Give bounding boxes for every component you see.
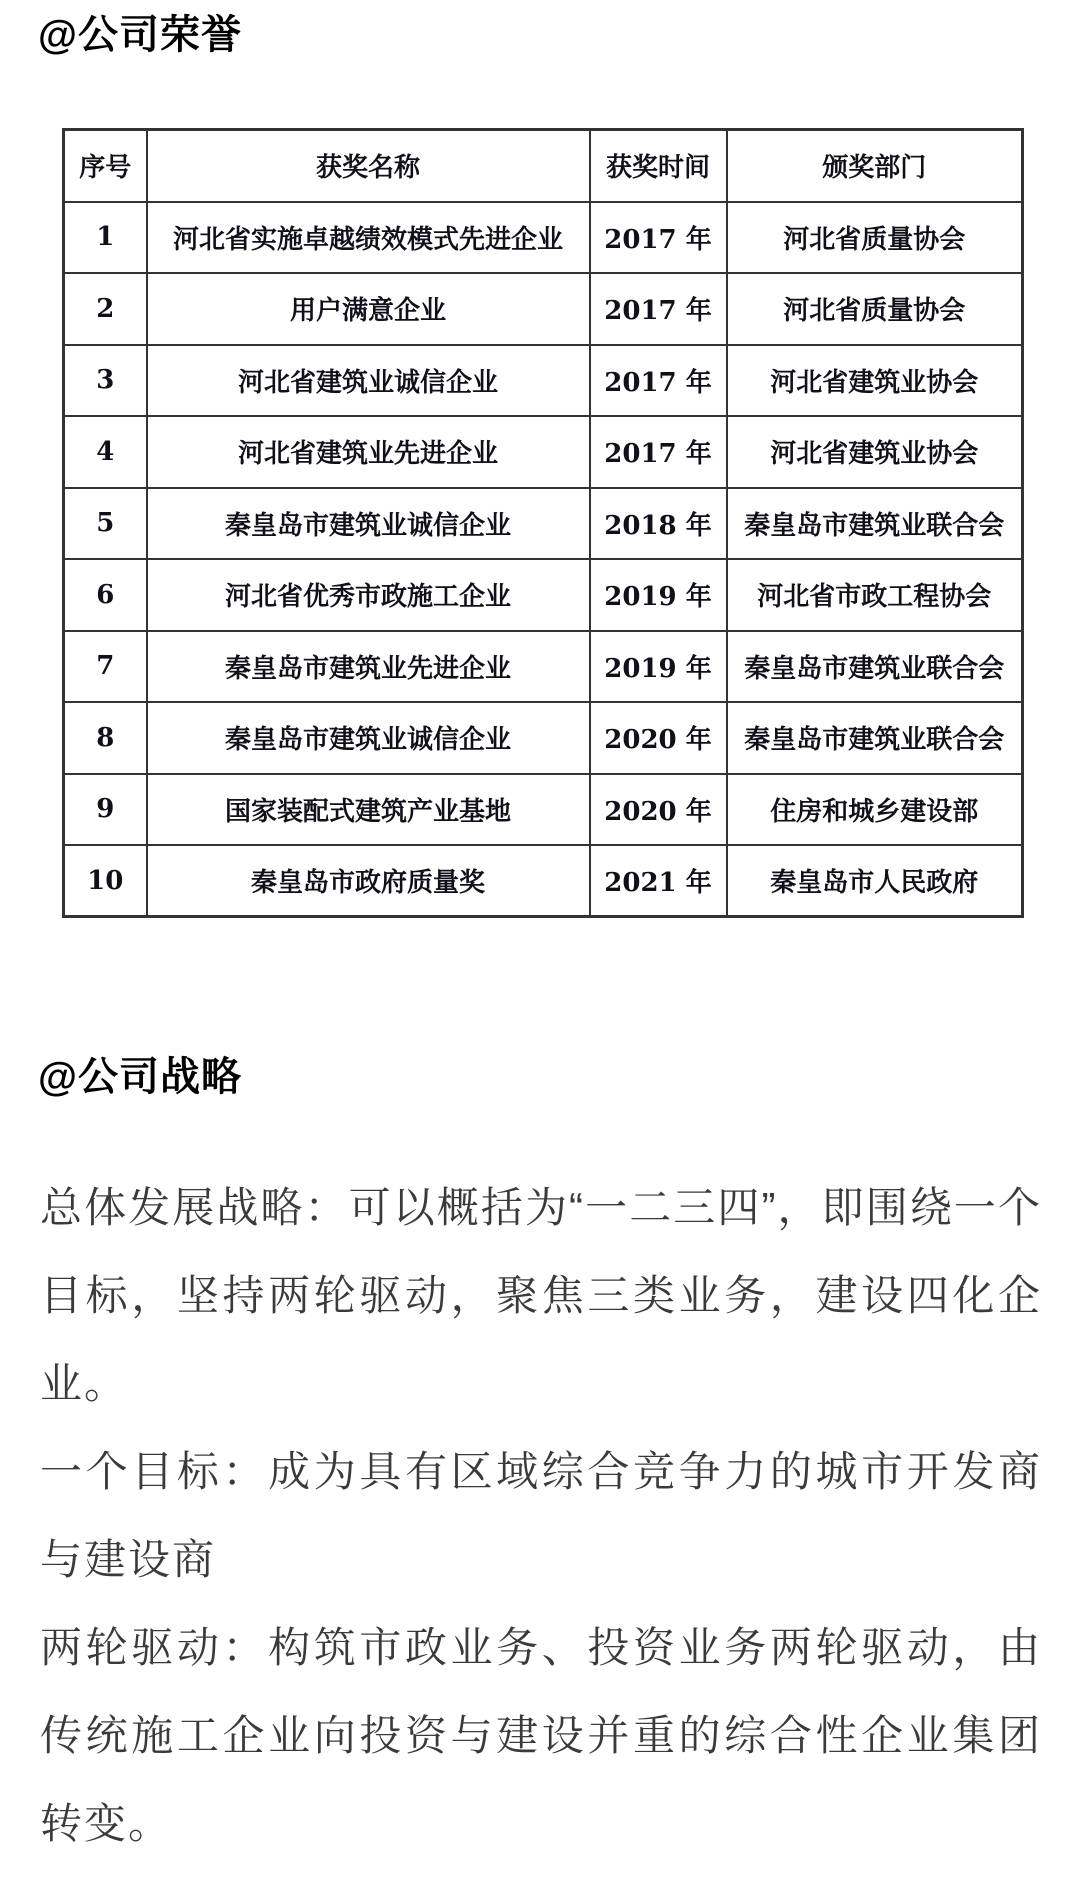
cell-index: 10	[64, 845, 147, 917]
strategy-paragraph-overall: 总体发展战略：可以概括为“一二三四”，即围绕一个目标，坚持两轮驱动，聚焦三类业务…	[40, 1164, 1042, 1428]
column-header-index: 序号	[64, 130, 147, 202]
cell-award-department: 河北省市政工程协会	[727, 559, 1023, 631]
cell-index: 2	[64, 273, 147, 345]
cell-award-time: 2020 年	[590, 774, 727, 846]
table-row: 6 河北省优秀市政施工企业 2019 年 河北省市政工程协会	[64, 559, 1023, 631]
column-header-award-time: 获奖时间	[590, 130, 727, 202]
table-row: 5 秦皇岛市建筑业诚信企业 2018 年 秦皇岛市建筑业联合会	[64, 488, 1023, 560]
strategy-text-block: 总体发展战略：可以概括为“一二三四”，即围绕一个目标，坚持两轮驱动，聚焦三类业务…	[40, 1164, 1042, 1868]
cell-award-name: 河北省实施卓越绩效模式先进企业	[147, 202, 590, 274]
cell-index: 1	[64, 202, 147, 274]
table-row: 10 秦皇岛市政府质量奖 2021 年 秦皇岛市人民政府	[64, 845, 1023, 917]
cell-award-time: 2020 年	[590, 702, 727, 774]
cell-award-name: 秦皇岛市政府质量奖	[147, 845, 590, 917]
cell-award-time: 2017 年	[590, 273, 727, 345]
cell-award-time: 2018 年	[590, 488, 727, 560]
cell-award-name: 河北省建筑业诚信企业	[147, 345, 590, 417]
cell-award-name: 河北省优秀市政施工企业	[147, 559, 590, 631]
cell-index: 5	[64, 488, 147, 560]
table-header-row: 序号 获奖名称 获奖时间 颁奖部门	[64, 130, 1023, 202]
cell-index: 3	[64, 345, 147, 417]
cell-award-department: 秦皇岛市人民政府	[727, 845, 1023, 917]
cell-award-name: 秦皇岛市建筑业诚信企业	[147, 702, 590, 774]
cell-award-time: 2017 年	[590, 416, 727, 488]
cell-award-department: 秦皇岛市建筑业联合会	[727, 631, 1023, 703]
honors-table-body: 1 河北省实施卓越绩效模式先进企业 2017 年 河北省质量协会 2 用户满意企…	[64, 202, 1023, 917]
cell-index: 6	[64, 559, 147, 631]
cell-index: 9	[64, 774, 147, 846]
strategy-paragraph-one-goal: 一个目标：成为具有区域综合竞争力的城市开发商与建设商	[40, 1428, 1042, 1604]
table-row: 8 秦皇岛市建筑业诚信企业 2020 年 秦皇岛市建筑业联合会	[64, 702, 1023, 774]
table-row: 9 国家装配式建筑产业基地 2020 年 住房和城乡建设部	[64, 774, 1023, 846]
cell-award-time: 2019 年	[590, 631, 727, 703]
honors-table: 序号 获奖名称 获奖时间 颁奖部门 1 河北省实施卓越绩效模式先进企业 2017…	[62, 128, 1024, 918]
cell-award-department: 秦皇岛市建筑业联合会	[727, 702, 1023, 774]
cell-award-department: 河北省建筑业协会	[727, 345, 1023, 417]
cell-index: 7	[64, 631, 147, 703]
cell-award-department: 住房和城乡建设部	[727, 774, 1023, 846]
column-header-award-department: 颁奖部门	[727, 130, 1023, 202]
cell-index: 4	[64, 416, 147, 488]
table-row: 3 河北省建筑业诚信企业 2017 年 河北省建筑业协会	[64, 345, 1023, 417]
cell-award-department: 河北省质量协会	[727, 273, 1023, 345]
table-row: 1 河北省实施卓越绩效模式先进企业 2017 年 河北省质量协会	[64, 202, 1023, 274]
cell-award-name: 用户满意企业	[147, 273, 590, 345]
section-title-company-honors: @公司荣誉	[38, 12, 242, 58]
document-page: { "page": { "section1_title": "@公司荣誉", "…	[0, 0, 1080, 1891]
table-row: 7 秦皇岛市建筑业先进企业 2019 年 秦皇岛市建筑业联合会	[64, 631, 1023, 703]
cell-award-time: 2017 年	[590, 202, 727, 274]
cell-index: 8	[64, 702, 147, 774]
column-header-award-name: 获奖名称	[147, 130, 590, 202]
cell-award-name: 国家装配式建筑产业基地	[147, 774, 590, 846]
strategy-paragraph-two-drivers: 两轮驱动：构筑市政业务、投资业务两轮驱动，由传统施工企业向投资与建设并重的综合性…	[40, 1604, 1042, 1868]
cell-award-department: 河北省质量协会	[727, 202, 1023, 274]
cell-award-name: 秦皇岛市建筑业诚信企业	[147, 488, 590, 560]
cell-award-time: 2019 年	[590, 559, 727, 631]
table-row: 2 用户满意企业 2017 年 河北省质量协会	[64, 273, 1023, 345]
cell-award-department: 河北省建筑业协会	[727, 416, 1023, 488]
cell-award-time: 2017 年	[590, 345, 727, 417]
cell-award-name: 秦皇岛市建筑业先进企业	[147, 631, 590, 703]
cell-award-time: 2021 年	[590, 845, 727, 917]
cell-award-name: 河北省建筑业先进企业	[147, 416, 590, 488]
table-row: 4 河北省建筑业先进企业 2017 年 河北省建筑业协会	[64, 416, 1023, 488]
cell-award-department: 秦皇岛市建筑业联合会	[727, 488, 1023, 560]
section-title-company-strategy: @公司战略	[38, 1054, 242, 1100]
